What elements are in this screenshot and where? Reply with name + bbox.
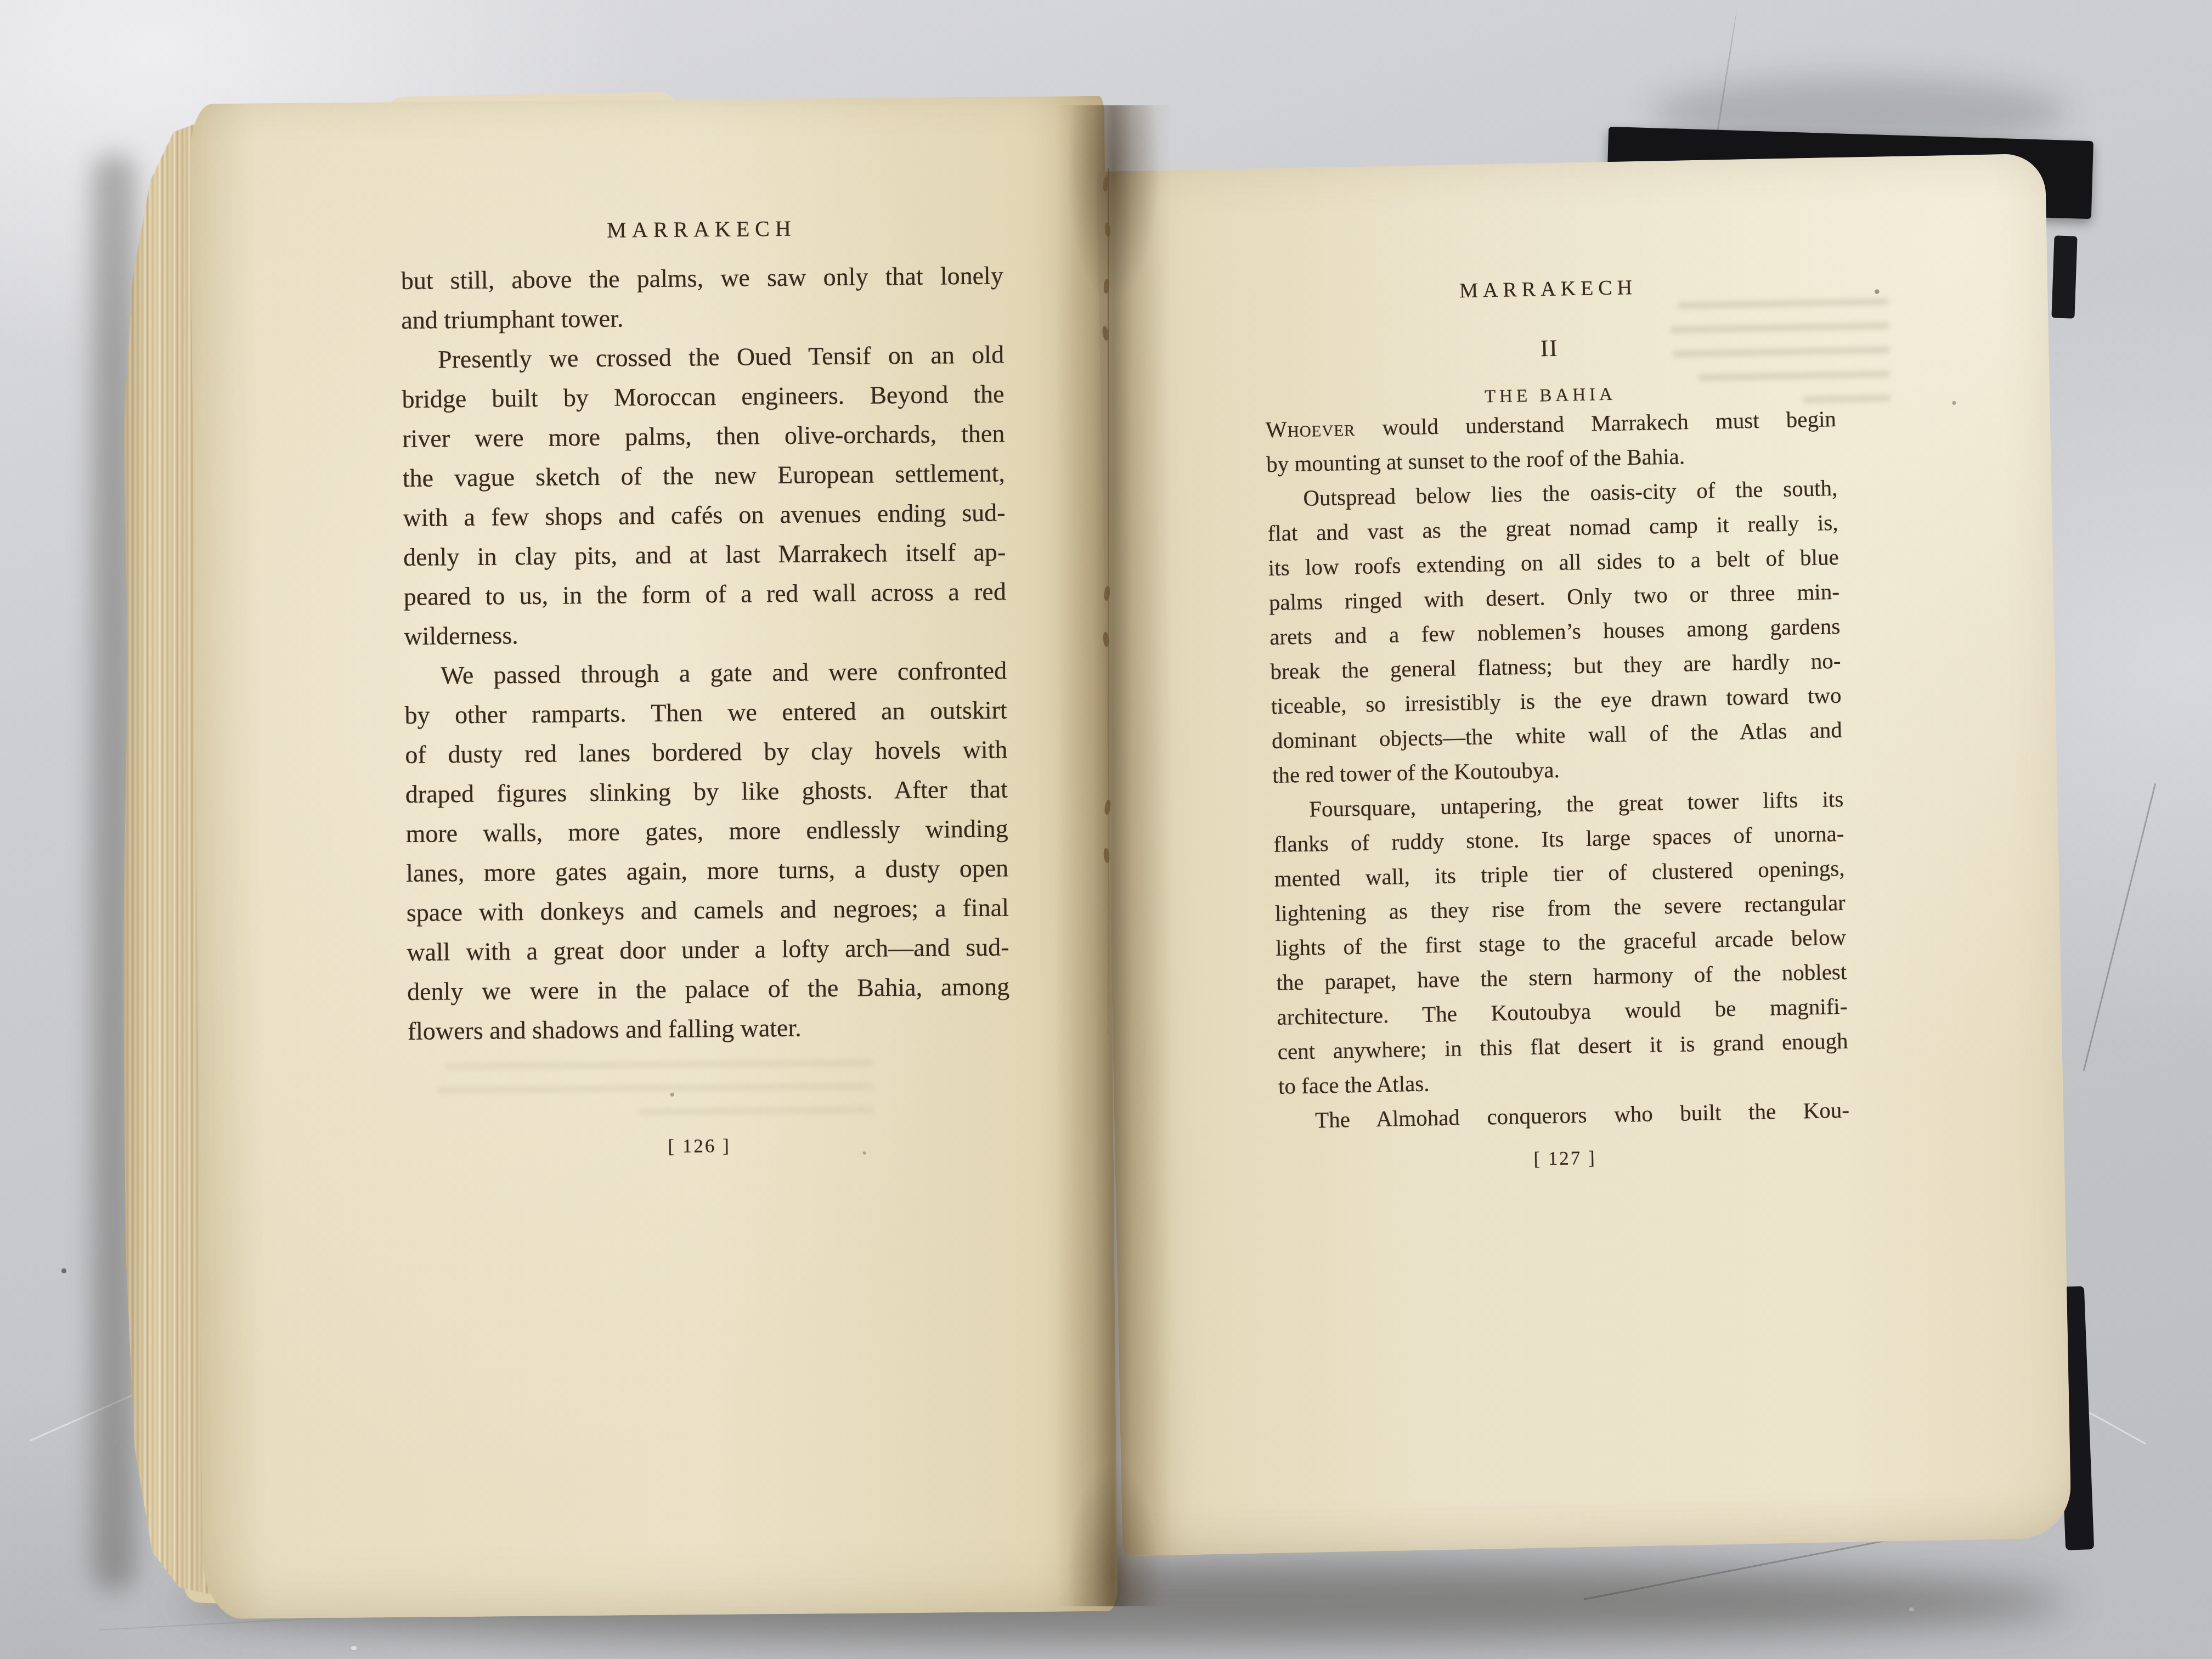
bleedthrough-line bbox=[1678, 298, 1889, 309]
text-line: river were more palms, then olive-orchar… bbox=[402, 414, 1005, 459]
photo-of-open-book: { "book": { "left_page": { "running_head… bbox=[0, 0, 2212, 1659]
page-number: [ 126 ] bbox=[408, 1133, 990, 1160]
text-line: draped figures slinking by like ghosts. … bbox=[405, 769, 1008, 814]
right-page-body: Whoever would understand Marrakech must … bbox=[1265, 402, 1849, 1138]
page-number: [ 127 ] bbox=[1279, 1142, 1850, 1175]
surface-scratch bbox=[2083, 783, 2157, 1071]
text-line: wilderness. bbox=[404, 611, 1007, 656]
text-line: bridge built by Moroccan engineers. Beyo… bbox=[402, 374, 1005, 419]
text-line: but still, above the palms, we saw only … bbox=[400, 256, 1003, 301]
bleedthrough-text bbox=[434, 1059, 873, 1134]
binding-thread bbox=[1108, 168, 1109, 1035]
text-line: We passed through a gate and were confro… bbox=[404, 651, 1007, 696]
text-line: more walls, more gates, more endlessly w… bbox=[405, 809, 1008, 854]
bleedthrough-line bbox=[637, 1107, 873, 1116]
text-line: wall with a great door under a lofty arc… bbox=[407, 927, 1009, 972]
text-line: by other ramparts. Then we entered an ou… bbox=[404, 690, 1007, 735]
text-line: lanes, more gates again, more turns, a d… bbox=[406, 848, 1009, 893]
text-line: the vague sketch of the new European set… bbox=[403, 453, 1006, 498]
speck bbox=[1952, 401, 1956, 405]
left-page-body: but still, above the palms, we saw only … bbox=[400, 256, 1010, 1051]
text-line: denly we were in the palace of the Bahia… bbox=[407, 967, 1010, 1012]
bleedthrough-line bbox=[1670, 322, 1889, 334]
bleedthrough-line bbox=[437, 1083, 873, 1094]
bleedthrough-line bbox=[1673, 346, 1889, 358]
speck bbox=[1875, 289, 1879, 294]
text-line: of dusty red lanes bordered by clay hove… bbox=[405, 730, 1008, 775]
speck bbox=[61, 1268, 66, 1273]
bleedthrough-line bbox=[445, 1059, 873, 1070]
bleedthrough-line bbox=[1698, 370, 1890, 381]
text-line: and triumphant tower. bbox=[401, 295, 1004, 340]
right-page: MARRAKECH II THE BAHIA Whoever would und… bbox=[1096, 154, 2072, 1556]
text-line: denly in clay pits, and at last Marrakec… bbox=[403, 532, 1006, 577]
left-page: MARRAKECH but still, above the palms, we… bbox=[190, 96, 1118, 1619]
text-line: with a few shops and cafés on avenues en… bbox=[403, 493, 1006, 538]
running-head: MARRAKECH bbox=[400, 213, 1003, 245]
speck bbox=[351, 1646, 357, 1650]
speck bbox=[863, 1152, 866, 1155]
gutter-shadow bbox=[1054, 105, 1172, 1606]
text-line: Presently we crossed the Oued Tensif on … bbox=[402, 335, 1005, 380]
text-line: flowers and shadows and falling water. bbox=[407, 1006, 1010, 1051]
small-caps-word: Whoever bbox=[1266, 415, 1356, 442]
text-line: space with donkeys and camels and negroe… bbox=[407, 888, 1009, 933]
text-line: peared to us, in the form of a red wall … bbox=[404, 572, 1007, 617]
speck bbox=[670, 1093, 674, 1097]
book-cover-edge bbox=[2051, 235, 2077, 318]
